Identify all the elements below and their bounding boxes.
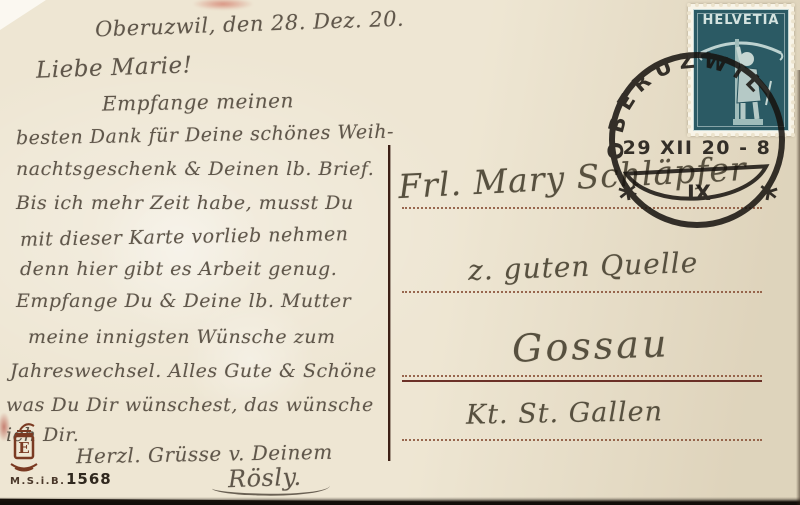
postmark: OBERUZWIL 29 XII 20 - 8 IX * * <box>607 50 787 230</box>
red-ink-smudge <box>193 0 253 10</box>
message-line: Bis ich mehr Zeit habe, musst Du <box>16 192 354 214</box>
message-line: Jahreswechsel. Alles Gute & Schöne <box>10 360 377 382</box>
address-guide-line-solid <box>402 380 762 382</box>
address-canton: Kt. St. Gallen <box>466 396 664 430</box>
message-line: denn hier gibt es Arbeit genug. <box>20 258 337 280</box>
right-edge-shadow <box>796 70 800 505</box>
address-town: Gossau <box>511 321 670 370</box>
postmark-star-right: * <box>754 177 780 221</box>
message-line: Empfange Du & Deine lb. Mutter <box>16 290 351 312</box>
message-line: was Du Dir wünschest, das wünsche <box>6 394 374 416</box>
stamp-country-label: HELVETIA <box>693 13 789 28</box>
publisher-emblem: E <box>6 420 46 480</box>
address-guide-line <box>402 291 762 293</box>
publisher-initials: M.S.i.B. <box>10 476 65 487</box>
address-guide-line <box>402 375 762 377</box>
postcard-back: Oberuzwil, den 28. Dez. 20. Liebe Marie!… <box>0 0 800 505</box>
publisher-emblem-letter: E <box>18 439 29 457</box>
address-guide-line <box>402 439 762 441</box>
card-corner <box>0 0 46 30</box>
postmark-date: 29 XII 20 - 8 <box>623 137 772 159</box>
publisher-number: 1568 <box>66 470 112 488</box>
message-dateline: Oberuzwil, den 28. Dez. 20. <box>95 7 405 42</box>
message-line: meine innigsten Wünsche zum <box>28 326 335 348</box>
divider-line <box>388 145 390 461</box>
bottom-edge-shadow <box>0 497 800 505</box>
message-salutation: Liebe Marie! <box>36 52 193 83</box>
address-street: z. guten Quelle <box>467 246 698 287</box>
postmark-time-slot: IX <box>687 181 711 205</box>
signature-flourish <box>212 478 330 498</box>
message-line: mit dieser Karte vorlieb nehmen <box>20 223 349 251</box>
message-line: besten Dank für Deine schönes Weih- <box>16 121 394 150</box>
message-line: nachtsgeschenk & Deinen lb. Brief. <box>16 158 374 180</box>
message-line: Empfange meinen <box>102 88 294 115</box>
